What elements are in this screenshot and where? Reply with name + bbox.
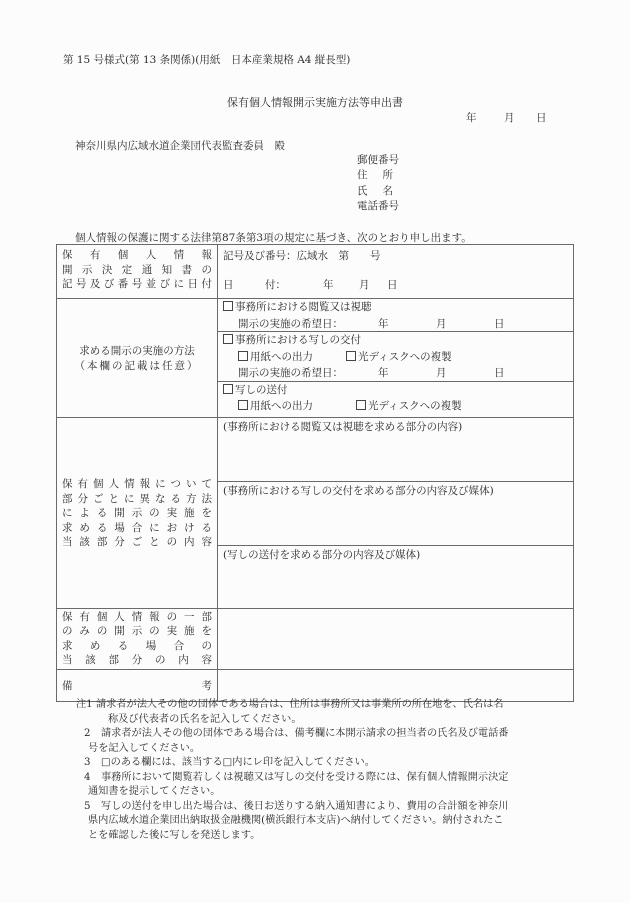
checkbox-mail-copy[interactable] [223,384,233,394]
note-number: 注1 [76,698,96,713]
note-number: 3 [84,756,96,771]
method-option-inspection: 事務所における閲覧又は視聴 開示の実施の希望日：年月日 [218,299,574,332]
label-line: 求める場合における [62,521,212,536]
label-line: 保有個人情報 [62,248,212,263]
label-line: 求める開示の実施の方法 [62,344,212,359]
postal-code-label: 郵便番号 [357,153,393,168]
paper-output-label: 用紙への出力 [250,400,313,412]
submission-date: 年月日 [466,110,547,125]
label-line: 当該部分の内容 [62,653,212,668]
mail-copy-parts-hint: (写しの送付を求める部分の内容及び媒体) [218,546,573,563]
notice-number-label: 記号及び番号：広域水 第 号 [223,250,381,262]
label-remarks: 備考 [57,669,218,701]
note-number: 5 [84,800,96,815]
preferred-date-month: 月 [436,366,494,381]
row-remarks: 備考 [57,669,574,701]
note-number: 2 [84,727,96,742]
request-form-table: 保有個人情報 開示決定通知書の 記号及び番号並びに日付 記号及び番号：広域水 第… [56,244,574,702]
form-number: 第 15 号様式(第 13 条関係)(用紙 日本産業規格 A4 縦長型) [63,52,350,67]
document-title: 保有個人情報開示実施方法等申出書 [0,94,630,110]
disc-copy-label: 光ディスクへの複製 [368,400,462,412]
label-disclosure-method: 求める開示の実施の方法 （本欄の記載は任意） [57,299,218,418]
remarks-field[interactable] [218,669,574,701]
preferred-date-day: 日 [494,367,505,379]
disc-copy-label: 光ディスクへの複製 [358,351,452,363]
phone-label: 電話番号 [357,199,393,214]
label-line: 保有個人情報について [62,477,212,492]
note-continuation: とを確認した後に写しを発送します。 [84,829,576,844]
paper-output-label: 用紙への出力 [250,351,313,363]
notice-date-label: 日 付： [223,278,323,293]
notice-date-month: 月 [359,278,387,293]
label-line: 部分ごとに異なる方法 [62,492,212,507]
date-year: 年 [466,110,504,125]
date-month: 月 [504,110,536,125]
label-line: 保有個人情報の一部 [62,610,212,625]
copy-delivery-parts-hint: (事務所における写しの交付を求める部分の内容及び媒体) [218,482,573,499]
checkbox-inspection[interactable] [223,301,233,311]
note-5: 5写しの送付を申し出た場合は、後日お送りする納入通知書により、費用の合計額を神奈… [76,800,576,844]
note-continuation: 県内広域水道企業団出納取扱金融機関(横浜銀行本支店)へ納付してください。納付され… [84,814,576,829]
note-text: □のある欄には、該当する□内にレ印を記入してください。 [96,757,375,768]
label-line: 当該部分ごとの内容 [62,535,212,550]
preferred-date-label: 開示の実施の希望日： [238,317,378,332]
note-number: 4 [84,771,96,786]
method-option-mail-copy: 写しの送付 用紙への出力光ディスクへの複製 [218,381,574,417]
note-text: 事務所において閲覧若しくは視聴又は写しの交付を受ける際には、保有個人情報開示決定 [96,772,509,783]
notice-date-year: 年 [323,278,359,293]
date-day: 日 [536,110,547,125]
preferred-date-label: 開示の実施の希望日： [238,366,378,381]
row-partial-disclosure: 保有個人情報の一部 のみの開示の実施を 求める場合の 当該部分の内容 [57,608,574,669]
mail-copy-parts-field[interactable]: (写しの送付を求める部分の内容及び媒体) [218,545,574,608]
intro-statement: 個人情報の保護に関する法律第87条第3項の規定に基づき、次のとおり申し出ます。 [75,230,472,245]
checkbox-disc-copy[interactable] [356,400,366,410]
preferred-date-month: 月 [436,317,494,332]
option-inspection-label: 事務所における閲覧又は視聴 [235,301,372,313]
copy-delivery-parts-field[interactable]: (事務所における写しの交付を求める部分の内容及び媒体) [218,481,574,545]
label-line: 備考 [62,679,212,694]
note-1: 注1請求者が法人その他の団体である場合は、住所は事務所又は事業所の所在地を、氏名… [76,698,576,727]
row-partial-methods-1: 保有個人情報について 部分ごとに異なる方法 による開示の実施を 求める場合におけ… [57,417,574,481]
label-line: のみの開示の実施を [62,624,212,639]
note-3: 3□のある欄には、該当する□内にレ印を記入してください。 [76,756,576,771]
applicant-info: 郵便番号 住所 氏名 電話番号 [357,153,393,214]
checkbox-copy-delivery[interactable] [223,334,233,344]
method-option-copy-delivery: 事務所における写しの交付 用紙への出力光ディスクへの複製 開示の実施の希望日：年… [218,332,574,382]
name-label: 氏名 [357,184,393,199]
note-text: 写しの送付を申し出た場合は、後日お送りする納入通知書により、費用の合計額を神奈川 [96,801,509,812]
checkbox-paper-output[interactable] [238,400,248,410]
label-line: （本欄の記載は任意） [62,359,212,374]
note-text: 請求者が法人その他の団体である場合は、備考欄に本開示請求の担当者の氏名及び電話番 [96,728,509,739]
row-method-option1: 求める開示の実施の方法 （本欄の記載は任意） 事務所における閲覧又は視聴 開示の… [57,299,574,332]
note-2: 2請求者が法人その他の団体である場合は、備考欄に本開示請求の担当者の氏名及び電話… [76,727,576,756]
notice-number-field[interactable]: 記号及び番号：広域水 第 号 日 付：年月日 [218,245,574,299]
label-partial-disclosure: 保有個人情報の一部 のみの開示の実施を 求める場合の 当該部分の内容 [57,608,218,669]
checkbox-disc-copy[interactable] [346,351,356,361]
inspection-parts-field[interactable]: (事務所における閲覧又は視聴を求める部分の内容) [218,417,574,481]
inspection-parts-hint: (事務所における閲覧又は視聴を求める部分の内容) [218,418,573,435]
label-line: 求める場合の [62,639,212,654]
note-continuation: 号を記入してください。 [84,742,576,757]
note-continuation: 称及び代表者の氏名を記入してください。 [76,713,576,728]
row-notice-number: 保有個人情報 開示決定通知書の 記号及び番号並びに日付 記号及び番号：広域水 第… [57,245,574,299]
label-line: による開示の実施を [62,506,212,521]
label-line: 開示決定通知書の [62,263,212,278]
option-mail-copy-label: 写しの送付 [235,384,288,396]
notes: 注1請求者が法人その他の団体である場合は、住所は事務所又は事業所の所在地を、氏名… [76,698,576,843]
partial-disclosure-field[interactable] [218,608,574,669]
note-4: 4事務所において閲覧若しくは視聴又は写しの交付を受ける際には、保有個人情報開示決… [76,771,576,800]
address-label: 住所 [357,168,393,183]
addressee: 神奈川県内広域水道企業団代表監査委員 殿 [75,138,285,153]
checkbox-paper-output[interactable] [238,351,248,361]
label-line: 記号及び番号並びに日付 [62,277,212,292]
preferred-date-year: 年 [378,317,436,332]
option-copy-delivery-label: 事務所における写しの交付 [235,334,361,346]
note-continuation: 通知書を提示してください。 [84,785,576,800]
preferred-date-day: 日 [494,318,505,330]
notice-date-day: 日 [387,279,398,291]
note-text: 請求者が法人その他の団体である場合は、住所は事務所又は事業所の所在地を、氏名は名 [96,699,504,710]
label-methods-by-part: 保有個人情報について 部分ごとに異なる方法 による開示の実施を 求める場合におけ… [57,417,218,608]
preferred-date-year: 年 [378,366,436,381]
label-notice-number: 保有個人情報 開示決定通知書の 記号及び番号並びに日付 [57,245,218,299]
